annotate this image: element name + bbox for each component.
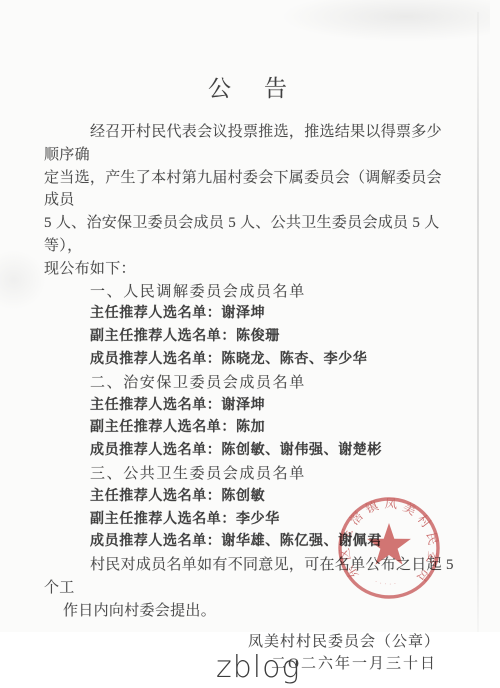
section-public-health-committee: 三、公共卫生委员会成员名单 主任推荐人选名单：陈创敏 副主任推荐人选名单：李少华… [44, 463, 456, 554]
list-item: 副主任推荐人选名单：陈加 [44, 417, 456, 440]
list-item: 副主任推荐人选名单：李少华 [44, 509, 456, 532]
closing-line: 作日内向村委会提出。 [44, 600, 456, 623]
closing-paragraph: 村民对成员名单如有不同意见，可在名单公布之日起 5 个工 作日内向村委会提出。 [44, 554, 456, 622]
list-item: 成员推荐人选名单：谢华雄、陈亿强、谢佩君 [44, 531, 456, 554]
list-item: 主任推荐人选名单：陈创敏 [44, 486, 456, 509]
intro-line: 5 人、治安保卫委员会成员 5 人、公共卫生委员会成员 5 人等）， [44, 212, 456, 258]
section-mediation-committee: 一、人民调解委员会成员名单 主任推荐人选名单：谢泽坤 副主任推荐人选名单：陈俊珊… [44, 281, 456, 372]
intro-line: 经召开村民代表会议投票推选，推选结果以得票多少顺序确 [44, 121, 456, 167]
scanned-announcement-page: 公 告 经召开村民代表会议投票推选，推选结果以得票多少顺序确 定当选，产生了本村… [0, 0, 500, 688]
list-item: 副主任推荐人选名单：陈俊珊 [44, 326, 456, 349]
intro-paragraph: 经召开村民代表会议投票推选，推选结果以得票多少顺序确 定当选，产生了本村第九届村… [44, 121, 456, 281]
list-item: 主任推荐人选名单：谢泽坤 [44, 303, 456, 326]
list-item: 成员推荐人选名单：陈创敏、谢伟强、谢楚彬 [44, 440, 456, 463]
section-heading: 一、人民调解委员会成员名单 [44, 281, 456, 304]
announcement-document: 公 告 经召开村民代表会议投票推选，推选结果以得票多少顺序确 定当选，产生了本村… [0, 0, 500, 676]
section-heading: 三、公共卫生委员会成员名单 [44, 463, 456, 486]
watermark-text: zblog [216, 650, 300, 685]
intro-line: 现公布如下： [44, 258, 456, 281]
closing-line: 村民对成员名单如有不同意见，可在名单公布之日起 5 个工 [44, 554, 456, 600]
list-item: 主任推荐人选名单：谢泽坤 [44, 395, 456, 418]
list-item: 成员推荐人选名单：陈晓龙、陈杏、李少华 [44, 349, 456, 372]
section-security-committee: 二、治安保卫委员会成员名单 主任推荐人选名单：谢泽坤 副主任推荐人选名单：陈加 … [44, 372, 456, 463]
intro-line: 定当选，产生了本村第九届村委会下属委员会（调解委员会成员 [44, 167, 456, 213]
section-heading: 二、治安保卫委员会成员名单 [44, 372, 456, 395]
page-title: 公 告 [44, 74, 456, 104]
